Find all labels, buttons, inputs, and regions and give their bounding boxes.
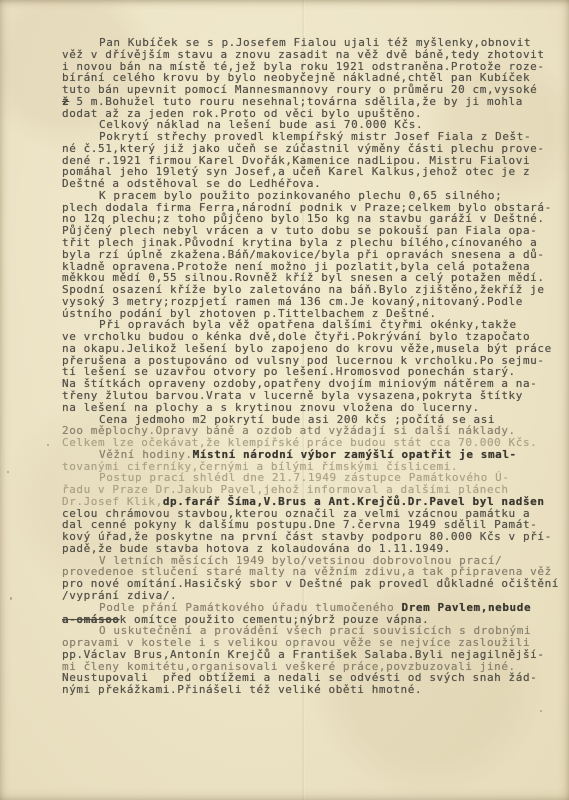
document-text-column: Pan Kubíček se s p.Josefem Fialou ujali …	[62, 37, 548, 696]
paper-speck	[10, 597, 12, 600]
paper-speck	[47, 444, 49, 446]
typewritten-document-page: Pan Kubíček se s p.Josefem Fialou ujali …	[0, 0, 569, 800]
paper-speck	[7, 471, 9, 473]
text-line: nými překážkami.Přinášeli též veliké obě…	[62, 684, 548, 696]
paper-speck	[540, 710, 542, 712]
text-segment: nými překážkami.Přinášeli též veliké obě…	[62, 683, 422, 696]
